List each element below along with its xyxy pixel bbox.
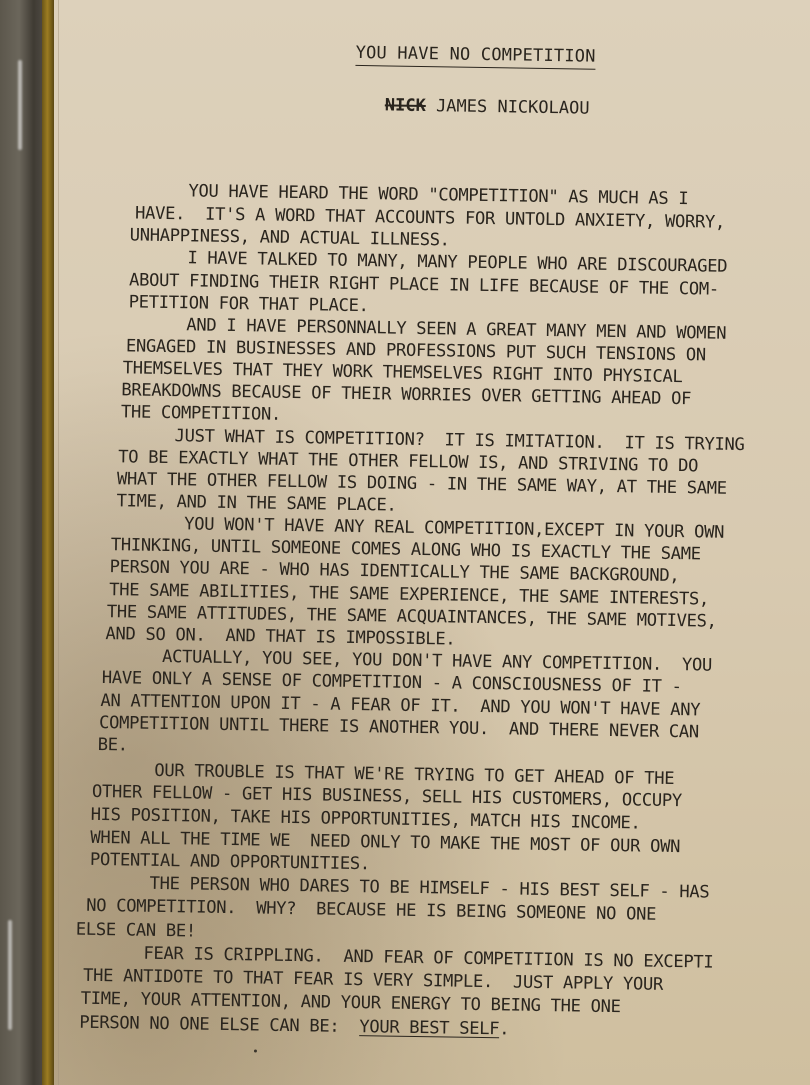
document-line: BE. xyxy=(98,735,128,755)
document-line: THE COMPETITION. xyxy=(121,402,281,425)
closing-period: . xyxy=(499,1019,509,1039)
closing-emphasis: YOUR BEST SELF xyxy=(359,1017,499,1039)
document-title: YOU HAVE NO COMPETITION xyxy=(355,43,595,70)
author-struck-name: NICK xyxy=(385,95,426,116)
ink-speck xyxy=(254,1049,257,1052)
document-line: TIME, AND IN THE SAME PLACE. xyxy=(116,491,396,515)
document-line: AND SO ON. AND THAT IS IMPOSSIBLE. xyxy=(105,624,455,649)
document-line: ELSE CAN BE! xyxy=(76,920,196,942)
document-line: UNHAPPINESS, AND ACTUAL ILLNESS. xyxy=(130,225,450,250)
document-line: PETITION FOR THAT PLACE. xyxy=(129,292,369,316)
document-line: PERSON NO ONE ELSE CAN BE: YOUR BEST SEL… xyxy=(79,1013,509,1040)
document-author: NICK JAMES NICKOLAOU xyxy=(385,95,590,118)
document-line: POTENTIAL AND OPPORTUNITIES. xyxy=(90,850,370,874)
typed-document: YOU HAVE NO COMPETITION NICK JAMES NICKO… xyxy=(0,0,810,1085)
author-name: JAMES NICKOLAOU xyxy=(436,96,590,118)
document-line: TIME, YOUR ATTENTION, AND YOUR ENERGY TO… xyxy=(81,989,621,1017)
